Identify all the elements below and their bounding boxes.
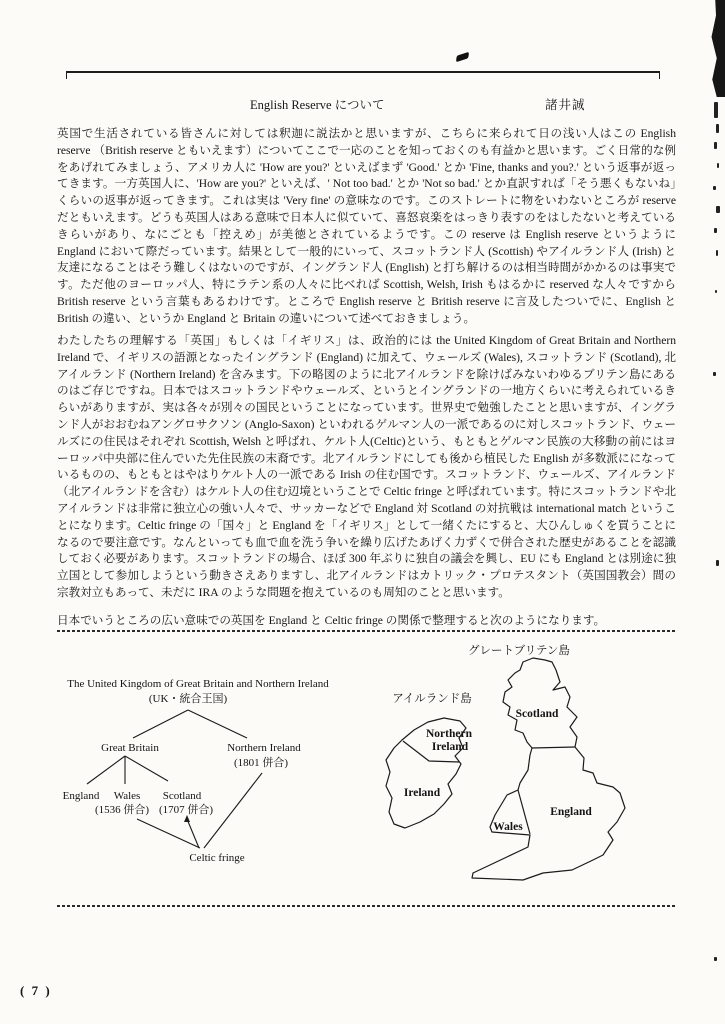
document-page: English Reserve について 諸井誠 英国で生活されている皆さんに対… [0,0,725,1024]
paragraph-intro-figure: 日本でいうところの広い意味での英国を England と Celtic frin… [57,613,676,630]
map-label-northern: Northern [426,728,473,740]
scan-speck [716,560,719,566]
great-britain-map-outline [472,658,625,880]
tree-branch-line [187,819,199,848]
map-label-scotland: Scotland [516,708,559,720]
scan-speck [714,102,718,118]
map-label-ireland: Ireland [404,787,441,799]
scotland-england-border [532,747,575,748]
tree-node-celtic-fringe: Celtic fringe [189,852,244,864]
scan-speck [716,250,718,256]
tree-branch-line [137,819,200,848]
scan-speck [714,228,717,233]
top-rule [66,71,660,79]
scan-speck [716,206,720,213]
arrowhead [184,815,190,822]
map-label-wales: Wales [493,821,523,833]
tree-node-great-britain: Great Britain [101,742,159,754]
tree-branch-line [125,756,168,781]
tree-note-1707: (1707 併合) [159,802,213,816]
map-label-england: England [550,806,592,818]
scan-speck [716,124,719,133]
scan-speck [715,290,717,293]
tree-node-northern-ireland: Northern Ireland [227,742,301,754]
uk-figure: The United Kingdom of Great Britain and … [0,638,725,906]
map-label-great-britain-island: グレートブリテン島 [468,643,570,657]
scan-speck [713,186,716,190]
scan-speck [714,142,717,149]
dashed-divider-bottom [57,905,676,907]
tree-branch-line [188,710,247,738]
scan-speck [714,957,717,961]
doc-author: 諸井誠 [545,95,586,113]
ink-smudge [456,52,469,63]
scan-speck [713,372,716,376]
dashed-divider-top [57,630,676,632]
tree-note-1536: (1536 併合) [95,802,149,816]
tree-branch-line [133,710,188,738]
tree-branch-line [87,756,125,784]
page-number: ( 7 ) [20,983,52,999]
map-label-ireland-island: アイルランド島 [392,691,472,705]
paragraph-english-reserve: 英国で生活されている皆さんに対しては釈迦に説法かと思いますが、こちらに来られて日… [57,126,676,328]
scan-speck [717,163,719,168]
doc-title: English Reserve について [250,95,384,113]
tree-node-wales: Wales [114,790,141,802]
tree-subtitle: (UK・統合王国) [149,691,228,705]
paragraph-united-kingdom: わたしたちの理解する「英国」もしくは「イギリス」は、政治的には the Unit… [57,333,676,602]
tree-node-scotland: Scotland [163,790,202,802]
map-label-northern-ireland: Ireland [432,741,469,753]
scan-edge-artifact [710,0,725,97]
tree-title: The United Kingdom of Great Britain and … [67,678,329,690]
tree-node-england: England [63,790,100,802]
tree-note-1801: (1801 併合) [234,755,288,769]
